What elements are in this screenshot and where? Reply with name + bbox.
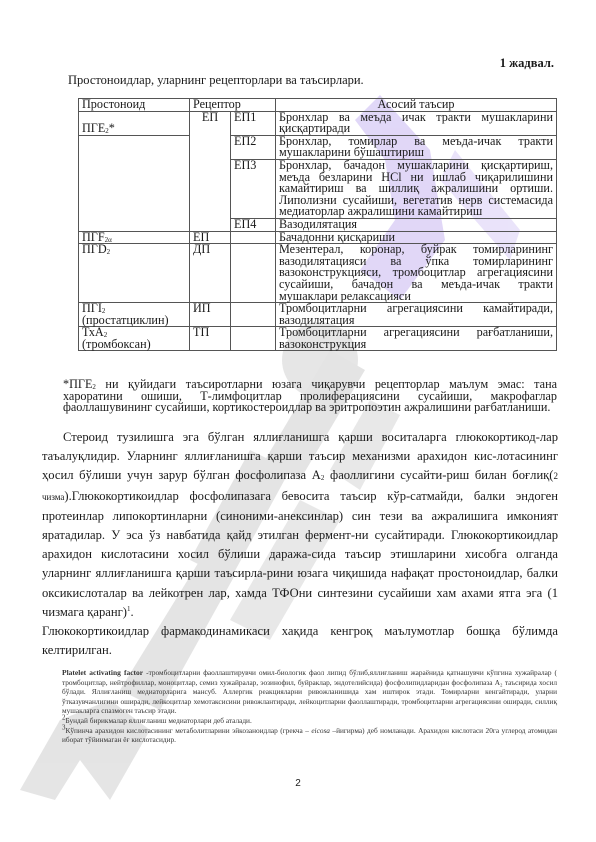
- prostanoid-name: ПГI2(простатциклин): [79, 303, 190, 327]
- table-footnote: *ПГЕ2 ни қуйидаги таъсиротларни юзага чи…: [63, 379, 557, 414]
- receptor-code: ДП: [190, 244, 231, 303]
- prostanoid-empty: [79, 135, 190, 231]
- subreceptor-empty: [231, 231, 276, 244]
- subreceptor-empty: [231, 303, 276, 327]
- receptor-group: ЕП: [190, 111, 231, 231]
- prostanoid-name: ПГD2: [79, 244, 190, 303]
- effect-cell: Бронхлар, томирлар ва меъда-ичак тракти …: [276, 135, 557, 159]
- table-row: ЕП2 Бронхлар, томирлар ва меъда-ичак тра…: [79, 135, 557, 159]
- effect-cell: Тромбоцитларни агрегациясини рағбатланиш…: [276, 327, 557, 351]
- table-row: ПГD2 ДП Мезентерал, коронар, буйрак томи…: [79, 244, 557, 303]
- effect-cell: Бронхлар ва меъда ичак тракти мушакларин…: [276, 111, 557, 135]
- prostanoid-table: Простоноид Рецептор Асосий таъсир ПГЕ2* …: [78, 98, 557, 351]
- document-page: 1 жадвал. Простоноидлар, уларнинг рецепт…: [0, 0, 596, 842]
- body-text: Стероид тузилишга эга бўлган яллиғланишг…: [42, 428, 558, 660]
- effect-cell: Мезентерал, коронар, буйрак томирларинин…: [276, 244, 557, 303]
- paragraph: Стероид тузилишга эга бўлган яллиғланишг…: [42, 428, 558, 622]
- subreceptor-code: ЕП2: [231, 135, 276, 159]
- table-row: ПГI2(простатциклин) ИП Тромбоцитларни аг…: [79, 303, 557, 327]
- prostanoid-name: ТхА2(тромбоксан): [79, 327, 190, 351]
- subreceptor-code: ЕП1: [231, 111, 276, 135]
- table-row: ПГЕ2* ЕП ЕП1 Бронхлар ва меъда ичак трак…: [79, 111, 557, 135]
- receptor-code: ИП: [190, 303, 231, 327]
- effect-cell: Бронхлар, бачадон мушакларини қисқартири…: [276, 159, 557, 218]
- page-number: 2: [0, 778, 596, 789]
- subreceptor-empty: [231, 327, 276, 351]
- footnote-1: Platelet activating factor -тромбоцитлар…: [62, 668, 557, 716]
- paragraph: Глюкокортикоидлар фармакодинамикаси хақи…: [42, 622, 558, 660]
- subreceptor-code: ЕП4: [231, 218, 276, 231]
- table-number: 1 жадвал.: [500, 56, 554, 71]
- footnote-3: 3Кўпинча арахидон кислотасининг метаболи…: [62, 726, 557, 745]
- page-footnotes: Platelet activating factor -тромбоцитлар…: [62, 668, 557, 745]
- footnote-2: 2Бундай бирикмалар яллиғланиш медиаторла…: [62, 716, 557, 726]
- table-caption: Простоноидлар, уларнинг рецепторлари ва …: [68, 73, 364, 88]
- table-row: ТхА2(тромбоксан) ТП Тромбоцитларни агрег…: [79, 327, 557, 351]
- subreceptor-empty: [231, 244, 276, 303]
- receptor-code: ТП: [190, 327, 231, 351]
- column-header-prostanoid: Простоноид: [79, 99, 190, 112]
- page-content: 1 жадвал. Простоноидлар, уларнинг рецепт…: [0, 0, 596, 842]
- subreceptor-code: ЕП3: [231, 159, 276, 218]
- prostanoid-pge2: ПГЕ2*: [79, 111, 190, 135]
- effect-cell: Тромбоцитларни агрегациясини камайтиради…: [276, 303, 557, 327]
